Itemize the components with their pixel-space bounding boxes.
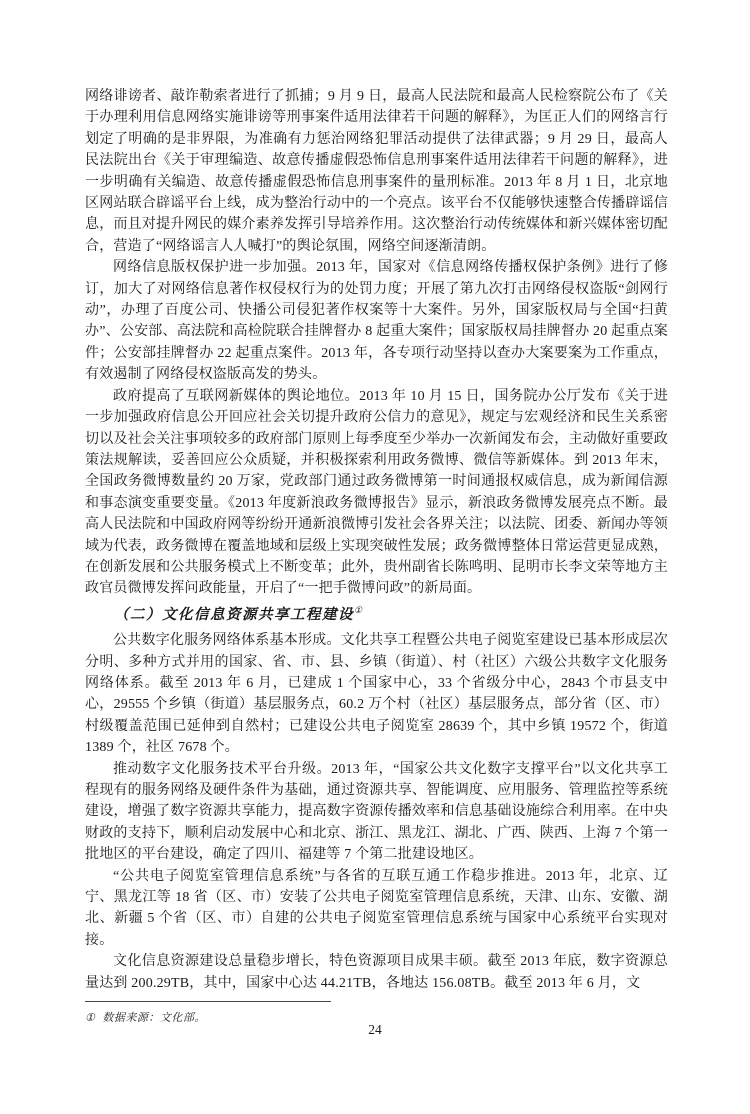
paragraph: 公共数字化服务网络体系基本形成。文化共享工程暨公共电子阅览室建设已基本形成层次分… <box>85 630 668 758</box>
paragraph: 文化信息资源建设总量稳步增长，特色资源项目成果丰硕。截至 2013 年底，数字资… <box>85 951 668 994</box>
paragraph: 推动数字文化服务技术平台升级。2013 年，“国家公共文化数字支撑平台”以文化共… <box>85 759 668 866</box>
footnote-ref-marker: ① <box>354 605 362 615</box>
section-heading-text: （二）文化信息资源共享工程建设 <box>114 607 354 623</box>
page-number: 24 <box>0 1022 750 1038</box>
paragraph: 政府提高了互联网新媒体的舆论地位。2013 年 10 月 15 日，国务院办公厅… <box>85 386 668 600</box>
paragraph: 网络信息版权保护进一步加强。2013 年，国家对《信息网络传播权保护条例》进行了… <box>85 257 668 385</box>
footnote-divider <box>85 1001 331 1002</box>
page-content: 网络诽谤者、敲诈勒索者进行了抓捕；9 月 9 日，最高人民法院和最高人民检察院公… <box>85 86 668 994</box>
document-page: 网络诽谤者、敲诈勒索者进行了抓捕；9 月 9 日，最高人民法院和最高人民检察院公… <box>0 0 750 1114</box>
paragraph: “公共电子阅览室管理信息系统”与各省的互联互通工作稳步推进。2013 年，北京、… <box>85 866 668 952</box>
section-heading: （二）文化信息资源共享工程建设① <box>85 605 668 626</box>
paragraph: 网络诽谤者、敲诈勒索者进行了抓捕；9 月 9 日，最高人民法院和最高人民检察院公… <box>85 86 668 257</box>
